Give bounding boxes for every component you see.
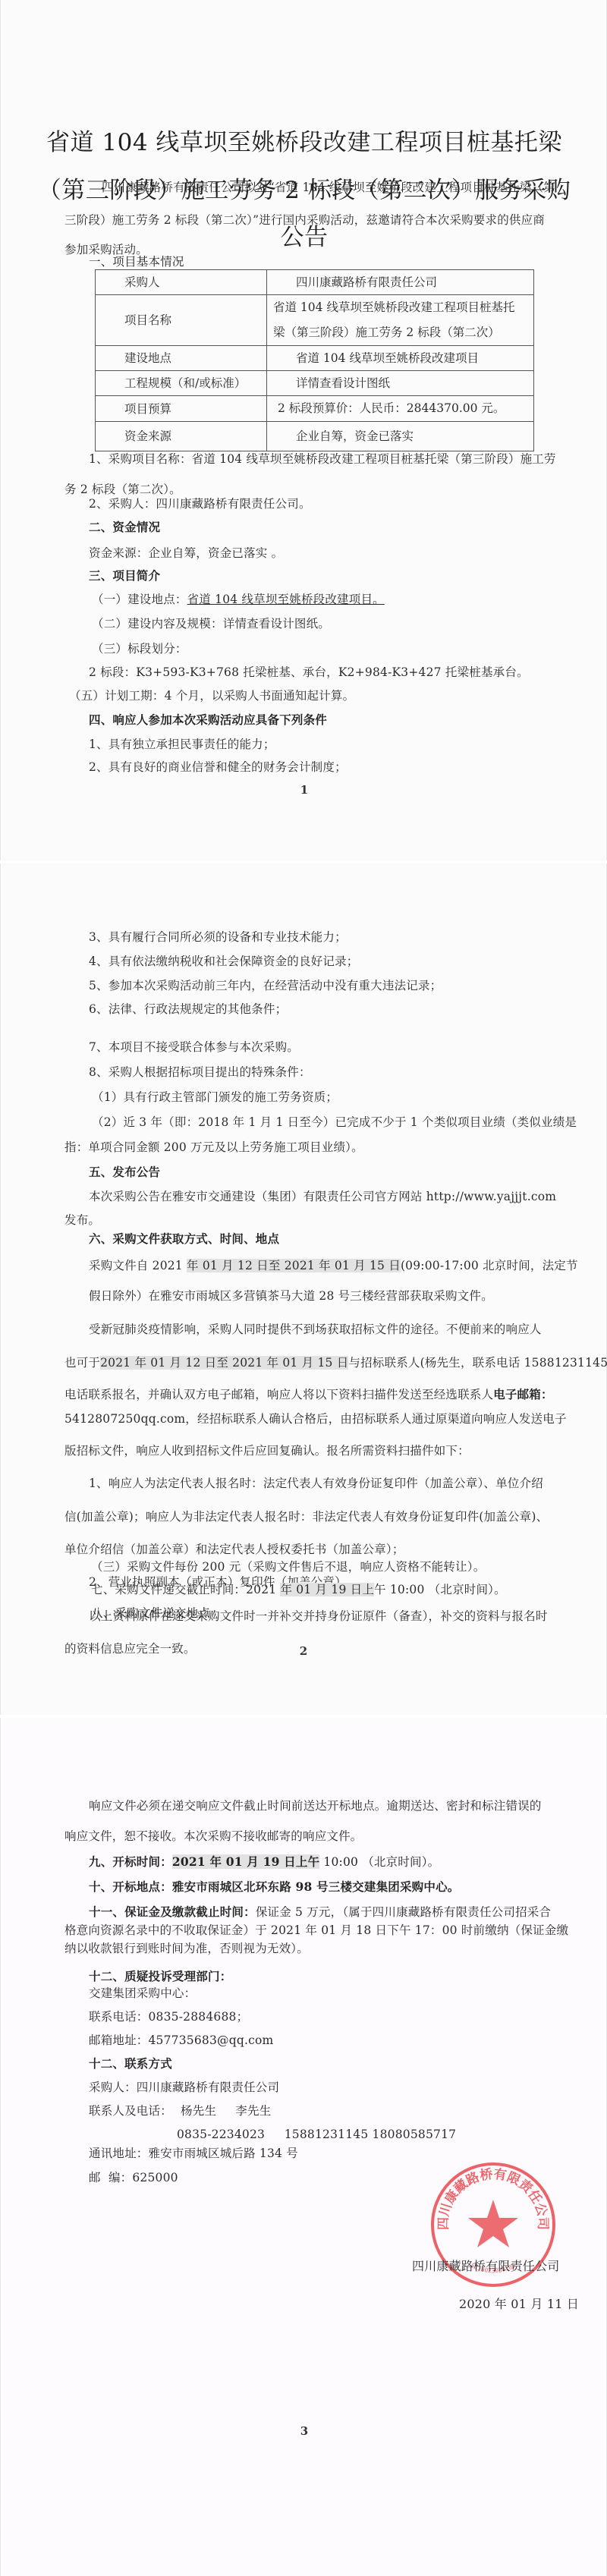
text-span: 与招标联系人(杨先生，联系电话 15881231145): [348, 1356, 607, 1370]
table-value: 省道 104 线草坝至姚桥段改建工程项目桩基托 梁（第三阶段）施工劳务 2 标段…: [267, 295, 534, 346]
deposit-line-1: 十一、保证金及缴款截止时间：保证金 5 万元，（属于四川康藏路桥有限责任公司招采…: [89, 1904, 551, 1920]
condition-item: 3、具有履行合同所必须的设备和专业技术能力；: [89, 929, 347, 945]
text-span: 七、采购文件递交截止时间：2021: [91, 1583, 280, 1596]
section-2-heading: 二、资金情况: [89, 520, 160, 535]
contact-name: 李先生: [235, 2104, 271, 2118]
table-value: 省道 104 线草坝至姚桥段改建项目: [267, 346, 534, 371]
address-line: 通讯地址：雅安市雨城区城后路 134 号: [89, 2146, 298, 2161]
section-8-heading: 八、采购文件递交地点: [91, 1606, 210, 1621]
page-number: 1: [1, 783, 607, 797]
section-5-heading: 五、发布公告: [89, 1165, 160, 1180]
deposit-line-2: 格意向资源名录中的不收取保证金）于 2021 年 01 月 18 日下午 17：…: [64, 1923, 568, 1938]
schedule-line: （五）计划工期：4 个月，以采购人书面通知起计算。: [69, 688, 354, 703]
submission-line-1: 响应文件必须在递交响应文件截止时间前送达开标地点。逾期送达、密封和标注错误的: [89, 1798, 542, 1813]
requirement-1-line-3: 单位介绍信（加盖公章）和法定代表人授权委托书（加盖公章）；: [64, 1542, 404, 1557]
text-span: 九、开标时间：: [89, 1854, 172, 1869]
opening-location: 十、开标地点：雅安市雨城区北环东路 98 号三楼交建集团采购中心。: [89, 1879, 459, 1895]
highlighted-date: 2021 年 01 月 19 日上午: [172, 1854, 319, 1869]
table-key: 资金来源: [96, 422, 267, 451]
special-condition: （2）近 3 年（即：2018 年 1 月 1 日至今）已完成不少于 1 个类似…: [92, 1115, 577, 1130]
condition-item: 4、具有依法缴纳税收和社会保障资金的良好记录；: [89, 954, 358, 969]
document-page-1: 省道 104 线草坝至姚桥段改建工程项目桩基托梁 （第三阶段）施工劳务 2 标段…: [0, 0, 607, 860]
table-row: 项目预算 2 标段预算价：人民币：2844370.00 元。: [96, 396, 534, 422]
fund-source: 资金来源：企业自筹，资金已落实 。: [89, 546, 283, 561]
complaint-dept: 交建集团采购中心：: [89, 1986, 196, 2001]
location-value: 省道 104 线草坝至姚桥段改建项目。: [187, 593, 385, 606]
table-value-line: 省道 104 线草坝至姚桥段改建工程项目桩基托: [273, 295, 533, 320]
section-11-heading: 十一、保证金及缴款截止时间：: [89, 1904, 256, 1919]
text-span: 联系人及电话：: [89, 2104, 172, 2118]
table-row: 采购人 四川康藏路桥有限责任公司: [96, 270, 534, 295]
table-row: 项目名称 省道 104 线草坝至姚桥段改建工程项目桩基托 梁（第三阶段）施工劳务…: [96, 295, 534, 346]
publish-line-2: 发布。: [64, 1213, 100, 1228]
complaint-email: 邮箱地址：457735683@qq.com: [89, 2033, 273, 2048]
condition-item: 7、本项目不接受联合体参与本次采购。: [89, 1040, 299, 1055]
condition-item: 2、具有良好的商业信誉和健全的财务会计制度；: [89, 760, 347, 775]
special-condition: 指：单项合同金额 200 万元及以上劳务施工项目业绩）。: [64, 1140, 363, 1155]
page-number: 2: [0, 1644, 607, 1658]
page-number: 3: [1, 2424, 607, 2438]
contact-phones: 0835-2234023 15881231145 18080585717: [177, 2127, 456, 2142]
text-span: 电话联系报名，并确认双方电子邮箱，响应人将以下资料扫描件发送至经选联系人: [64, 1388, 493, 1401]
highlighted-date: 年 01 月 19 日上: [280, 1583, 374, 1596]
table-value: 企业自筹，资金已落实: [267, 422, 534, 451]
covid-line-4: 5412807250qq.com，经招标联系人确认合格后，由招标联系人通过原渠道…: [64, 1411, 567, 1426]
deposit-line-3: 纳以收款银行到账时间为准，否则视为无效）。: [64, 1941, 309, 1956]
table-key: 采购人: [96, 270, 267, 295]
table-key: 工程规模（和/或标准）: [96, 371, 267, 396]
table-value: 四川康藏路桥有限责任公司: [267, 270, 534, 295]
section-3-heading: 三、项目简介: [89, 568, 160, 583]
postcode-line: 邮 编：625000: [89, 2170, 178, 2185]
table-value: 详情查看设计图纸: [267, 371, 534, 396]
text-span: (09:00-17:00 北京时间，法定节: [401, 1259, 578, 1272]
highlighted-date-range: 2021 年 01 月 12 日至 2021 年 01 月 15 日: [100, 1356, 348, 1370]
document-page-3: 响应文件必须在递交响应文件截止时间前送达开标地点。逾期送达、密封和标注错误的 响…: [0, 1718, 607, 2576]
text-span: 保证金 5 万元，（属于四川康藏路桥有限责任公司招采合: [256, 1905, 551, 1919]
table-value: 2 标段预算价：人民币：2844370.00 元。: [267, 396, 534, 422]
submission-line-2: 响应文件，恕不接收。本次采购不接收邮寄的响应文件。: [64, 1829, 363, 1844]
text-span: 采购文件自 2021: [89, 1259, 187, 1272]
condition-item: 5、参加本次采购活动前三年内，在经营活动中没有重大违法记录；: [89, 978, 442, 993]
fee-line: （三）采购文件每份 200 元（采购文件售后不退，响应人资格不能转让）。: [91, 1559, 485, 1574]
requirement-1-line-2: 信(加盖公章)；响应人为非法定代表人报名时：非法定代表人有效身份证复印件(加盖公…: [64, 1509, 548, 1524]
section-1-heading: 一、项目基本情况: [89, 254, 184, 269]
covid-line-5: 版招标文件，响应人收到招标文件后应回复确认。报名所需资料扫描件如下：: [64, 1443, 470, 1458]
covid-line-3: 电话联系报名，并确认双方电子邮箱，响应人将以下资料扫描件发送至经选联系人电子邮箱…: [64, 1387, 553, 1402]
location-label: （一）建设地点：: [92, 593, 187, 606]
purchase-name-line-2: 务 2 标段（第二次）。: [64, 482, 181, 497]
location-line: （一）建设地点：省道 104 线草坝至姚桥段改建项目。: [92, 592, 385, 607]
table-key: 项目名称: [96, 295, 267, 346]
division-line: （三）标段划分：: [92, 641, 187, 656]
text-span: 10:00 （北京时间）。: [319, 1855, 439, 1869]
highlighted-date-range: 年 01 月 12 日至 2021 年 01 月 15 日: [187, 1259, 401, 1272]
intro-line-1: 四川康藏路桥有限责任公司拟对“省道 104 线草坝至姚桥段改建工程项目桩基托梁（…: [102, 180, 555, 195]
purchaser-line: 2、采购人：四川康藏路桥有限责任公司。: [89, 496, 311, 511]
text-span: 午 10:00 （北京时间）。: [374, 1583, 506, 1596]
condition-item: 8、采购人根据招标项目提出的特殊条件：: [89, 1065, 311, 1080]
contact-name: 杨先生: [181, 2104, 216, 2118]
section-12b-heading: 十二、联系方式: [89, 2056, 172, 2071]
table-key: 建设地点: [96, 346, 267, 371]
text-span: 电子邮箱：: [493, 1387, 553, 1401]
covid-line-2: 也可于2021 年 01 月 12 日至 2021 年 01 月 15 日与招标…: [64, 1355, 607, 1370]
signature-date: 2020 年 01 月 11 日: [459, 2297, 579, 2312]
intro-line-2: 三阶段）施工劳务 2 标段（第二次）”进行国内采购活动，兹邀请符合本次采购要求的…: [64, 212, 545, 228]
table-key: 项目预算: [96, 396, 267, 422]
text-span: 也可于: [64, 1356, 100, 1370]
section-4-heading: 四、响应人参加本次采购活动应具备下列条件: [89, 712, 327, 728]
table-row: 建设地点 省道 104 线草坝至姚桥段改建项目: [96, 346, 534, 371]
document-title-line-1: 省道 104 线草坝至姚桥段改建工程项目桩基托梁: [1, 127, 607, 158]
division-detail: 2 标段：K3+593-K3+768 托梁桩基、承台，K2+984-K3+427…: [89, 665, 529, 680]
contacts-line: 联系人及电话： 杨先生 李先生: [89, 2103, 271, 2118]
covid-line-1: 受新冠肺炎疫情影响，采购人同时提供不到场获取招标文件的途径。不便前来的响应人: [89, 1322, 542, 1337]
complaint-phone: 联系电话：0835-2884688；: [89, 2009, 248, 2024]
section-12a-heading: 十二、质疑投诉受理部门：: [89, 1969, 231, 1984]
condition-item: 1、具有独立承担民事责任的能力；: [89, 737, 275, 752]
table-value-line: 梁（第三阶段）施工劳务 2 标段（第二次）: [273, 320, 533, 345]
doc-acquire-line-1: 采购文件自 2021 年 01 月 12 日至 2021 年 01 月 15 日…: [89, 1258, 578, 1273]
purchase-name-line-1: 1、采购项目名称：省道 104 线草坝至姚桥段改建工程项目桩基托梁（第三阶段）施…: [89, 451, 556, 467]
signature-company: 四川康藏路桥有限责任公司: [412, 2259, 559, 2274]
publish-line-1: 本次采购公告在雅安市交通建设（集团）有限责任公司官方网站 http://www.…: [89, 1189, 556, 1204]
doc-acquire-line-2: 假日除外）在雅安市雨城区多营镇茶马大道 28 号三楼经营部获取采购文件。: [89, 1288, 493, 1304]
table-row: 资金来源 企业自筹，资金已落实: [96, 422, 534, 451]
opening-time-line: 九、开标时间：2021 年 01 月 19 日上午 10:00 （北京时间）。: [89, 1854, 439, 1870]
special-condition: （1）具有行政主管部门颁发的施工劳务资质；: [92, 1090, 338, 1105]
table-row: 工程规模（和/或标准） 详情查看设计图纸: [96, 371, 534, 396]
buyer-line: 采购人：四川康藏路桥有限责任公司: [89, 2080, 279, 2095]
deadline-line: 七、采购文件递交截止时间：2021 年 01 月 19 日上午 10:00 （北…: [91, 1582, 506, 1597]
condition-item: 6、法律、行政法规规定的其他条件；: [89, 1002, 287, 1017]
requirement-1-line-1: 1、响应人为法定代表人报名时：法定代表人有效身份证复印件（加盖公章）、单位介绍: [89, 1476, 543, 1491]
section-6-heading: 六、采购文件获取方式、时间、地点: [89, 1231, 279, 1247]
content-line: （二）建设内容及规模：详情查看设计图纸。: [92, 616, 330, 631]
project-info-table: 采购人 四川康藏路桥有限责任公司 项目名称 省道 104 线草坝至姚桥段改建工程…: [95, 269, 534, 451]
